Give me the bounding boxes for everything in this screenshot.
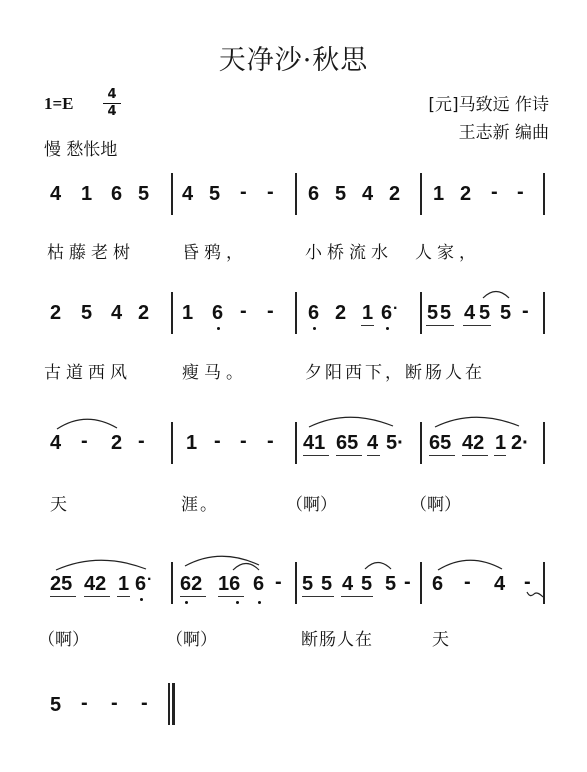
slur [482, 287, 510, 299]
final-barline-thin [168, 683, 170, 725]
barline [295, 173, 297, 215]
barline [171, 173, 173, 215]
note: 5 [81, 302, 92, 325]
barline [543, 562, 545, 604]
barline [171, 422, 173, 464]
lyric: 天 [50, 490, 69, 515]
lyric: 小桥流水 [305, 238, 393, 263]
eighth-underline [336, 455, 362, 456]
note: 62 [180, 573, 202, 596]
note: 1 [362, 302, 373, 325]
final-barline-thick [172, 683, 175, 725]
note: 5 [50, 694, 61, 717]
tempo-marking: 慢 愁怅地 [44, 135, 117, 160]
note: 5 [385, 573, 396, 596]
dash: - [81, 692, 88, 715]
note: 25 [50, 573, 72, 596]
time-signature-denominator: 4 [103, 105, 121, 119]
note: 4 [50, 183, 61, 206]
dash: - [111, 692, 118, 715]
lyric: （啊） [286, 490, 337, 515]
lyric: 瘦马。 [182, 358, 248, 383]
lyric: 古道西风 [44, 358, 132, 383]
eighth-underline [494, 455, 506, 456]
dash: - [267, 430, 274, 453]
eighth-underline [367, 455, 380, 456]
note: 6 [111, 183, 122, 206]
slur [55, 557, 147, 571]
low-octave-dot [258, 601, 261, 604]
low-octave-dot [185, 601, 188, 604]
slur [308, 414, 394, 428]
slur [434, 414, 520, 428]
glissando-mark [526, 590, 544, 600]
note: 5 [209, 183, 220, 206]
dash: - [275, 571, 282, 594]
time-signature-numerator: 4 [103, 88, 121, 102]
lyric: 断肠人在 [301, 625, 373, 650]
barline [543, 422, 545, 464]
dash: - [240, 181, 247, 204]
note: 6 [135, 573, 146, 596]
dash: - [267, 181, 274, 204]
note: 2 [389, 183, 400, 206]
dash: - [404, 571, 411, 594]
low-octave-dot [140, 598, 143, 601]
eighth-underline [84, 596, 110, 597]
note: 4 [367, 432, 378, 455]
eighth-underline [50, 596, 76, 597]
barline [171, 292, 173, 334]
eighth-underline [117, 596, 130, 597]
note: 4 [362, 183, 373, 206]
barline [420, 173, 422, 215]
note: 42 [462, 432, 484, 455]
eighth-underline [218, 596, 244, 597]
dash: - [522, 300, 529, 323]
note: 4 [494, 573, 505, 596]
tie [232, 559, 260, 571]
note: 4 [464, 302, 475, 325]
dash: - [464, 571, 471, 594]
dash: - [267, 300, 274, 323]
note: 2 [335, 302, 346, 325]
slur [56, 416, 118, 430]
lyric: 夕阳西下，断肠人在 [305, 358, 485, 383]
barline [420, 562, 422, 604]
eighth-underline [341, 596, 373, 597]
eighth-underline [303, 455, 329, 456]
note: 6 [212, 302, 223, 325]
augmentation-dot: · [147, 571, 152, 589]
lyric: 枯藤老树 [47, 238, 135, 263]
note: 4 [182, 183, 193, 206]
eighth-underline [463, 325, 491, 326]
lyric: 人家， [415, 238, 481, 263]
eighth-underline [361, 325, 374, 326]
note: 1 [182, 302, 193, 325]
barline [171, 562, 173, 604]
note: 5· [386, 432, 404, 455]
note: 65 [336, 432, 358, 455]
composer-credit: 王志新 编曲 [459, 118, 549, 143]
song-title: 天净沙·秋思 [0, 38, 587, 77]
note: 16 [218, 573, 240, 596]
note: 4 [111, 302, 122, 325]
note: 4 [50, 432, 61, 455]
barline [295, 422, 297, 464]
low-octave-dot [313, 327, 316, 330]
low-octave-dot [386, 327, 389, 330]
note: 65 [429, 432, 451, 455]
eighth-underline [426, 325, 454, 326]
eighth-underline [302, 596, 334, 597]
dash: - [491, 181, 498, 204]
lyric: 昏鸦， [182, 238, 248, 263]
barline [420, 292, 422, 334]
lyric: （啊） [410, 490, 461, 515]
note: 2 [138, 302, 149, 325]
barline [295, 562, 297, 604]
note: 2· [511, 432, 529, 455]
key-signature: 1=E [44, 94, 74, 114]
dash: - [240, 430, 247, 453]
dash: - [214, 430, 221, 453]
note: 5 [302, 573, 313, 596]
note: 1 [118, 573, 129, 596]
note: 5 [321, 573, 332, 596]
note: 42 [84, 573, 106, 596]
note: 5 [427, 302, 438, 325]
note: 1 [495, 432, 506, 455]
note: 2 [50, 302, 61, 325]
note: 6 [253, 573, 264, 596]
low-octave-dot [236, 601, 239, 604]
note: 6 [308, 302, 319, 325]
time-signature: 4 4 [103, 88, 121, 119]
note: 5 [500, 302, 511, 325]
slur [437, 557, 503, 571]
note: 5 [479, 302, 490, 325]
dash: - [141, 692, 148, 715]
barline [543, 292, 545, 334]
barline [543, 173, 545, 215]
note: 5 [440, 302, 451, 325]
low-octave-dot [217, 327, 220, 330]
barline [295, 292, 297, 334]
lyricist-credit: [元]马致远 作诗 [428, 90, 549, 115]
dash: - [517, 181, 524, 204]
note: 6 [381, 302, 392, 325]
note: 4 [342, 573, 353, 596]
note: 5 [335, 183, 346, 206]
eighth-underline [429, 455, 455, 456]
dash: - [240, 300, 247, 323]
dash: - [138, 430, 145, 453]
note: 5 [361, 573, 372, 596]
note: 6 [308, 183, 319, 206]
augmentation-dot: · [393, 300, 398, 318]
eighth-underline [462, 455, 488, 456]
slur [364, 558, 392, 570]
lyric: （啊） [38, 625, 89, 650]
note: 1 [186, 432, 197, 455]
note: 1 [433, 183, 444, 206]
barline [420, 422, 422, 464]
note: 41 [303, 432, 325, 455]
lyric: 天 [432, 625, 451, 650]
note: 6 [432, 573, 443, 596]
lyric: 涯。 [181, 490, 219, 515]
dash: - [81, 430, 88, 453]
lyric: （啊） [166, 625, 217, 650]
note: 2 [460, 183, 471, 206]
note: 2 [111, 432, 122, 455]
note: 1 [81, 183, 92, 206]
note: 5 [138, 183, 149, 206]
eighth-underline [180, 596, 206, 597]
